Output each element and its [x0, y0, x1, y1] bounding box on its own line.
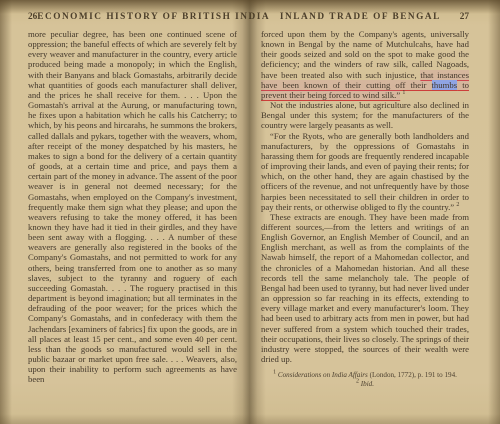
- text-segment: Considerations on India Affairs: [278, 371, 368, 379]
- paragraph: more peculiar degree, has been one conti…: [28, 29, 237, 384]
- footnote: 1 Considerations on India Affairs (Londo…: [261, 371, 469, 380]
- paragraph: forced upon them by the Company's agents…: [261, 29, 469, 100]
- right-page-number: 27: [460, 12, 469, 22]
- left-page-body: more peculiar degree, has been one conti…: [28, 29, 237, 384]
- right-page: INLAND TRADE OF BENGAL 27 forced upon th…: [261, 12, 469, 388]
- paragraph: These extracts are enough. They have bee…: [261, 212, 469, 364]
- footnote-marker: 2: [456, 202, 459, 208]
- scan-edge-right: [488, 0, 500, 424]
- text-segment: (London, 1772), p. 191 to 194.: [368, 371, 457, 379]
- right-page-title: INLAND TRADE OF BENGAL: [261, 12, 460, 22]
- footnotes: 1 Considerations on India Affairs (Londo…: [261, 371, 469, 388]
- right-running-head: INLAND TRADE OF BENGAL 27: [261, 12, 469, 22]
- left-page: 26 ECONOMIC HISTORY OF BRITISH INDIA mor…: [28, 12, 237, 384]
- left-page-title: ECONOMIC HISTORY OF BRITISH INDIA: [37, 12, 270, 22]
- footnote: 2 Ibid.: [261, 380, 469, 389]
- book-scan: 26 ECONOMIC HISTORY OF BRITISH INDIA mor…: [0, 0, 500, 424]
- selected-word: thumbs: [432, 80, 458, 90]
- text-segment: “For the Ryots, who are generally both l…: [261, 131, 469, 212]
- right-page-body: forced upon them by the Company's agents…: [261, 29, 469, 364]
- paragraph: “For the Ryots, who are generally both l…: [261, 131, 469, 212]
- paragraph: Not the industries alone, but agricultur…: [261, 100, 469, 130]
- left-page-number: 26: [28, 12, 37, 22]
- text-segment: These extracts are enough. They have bee…: [261, 212, 469, 364]
- scan-edge-bottom: [0, 414, 500, 424]
- text-segment: more peculiar degree, has been one conti…: [28, 29, 237, 384]
- footnote-marker: 1: [402, 90, 405, 96]
- text-segment: Ibid.: [361, 380, 374, 388]
- scan-edge-left: [0, 0, 12, 424]
- text-segment: Not the industries alone, but agricultur…: [261, 100, 469, 130]
- left-running-head: 26 ECONOMIC HISTORY OF BRITISH INDIA: [28, 12, 237, 22]
